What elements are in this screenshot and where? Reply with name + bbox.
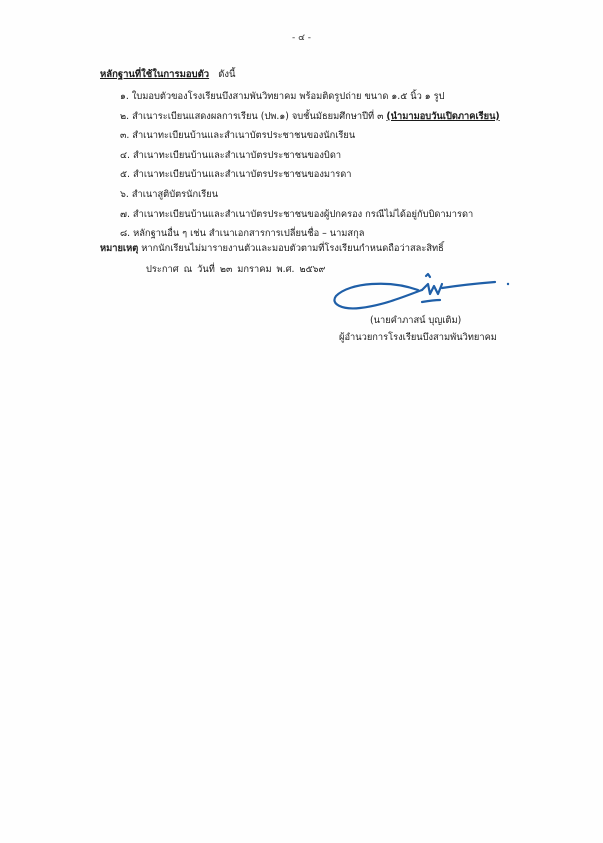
- remark-label: หมายเหตุ: [100, 243, 138, 254]
- section-title-text: หลักฐานที่ใช้ในการมอบตัว: [100, 69, 209, 80]
- list-item: ๗. สำเนาทะเบียนบ้านและสำเนาบัตรประชาชนขอ…: [120, 205, 500, 225]
- remark-text: หากนักเรียนไม่มารายงานตัวและมอบตัวตามที่…: [138, 243, 444, 254]
- evidence-list: ๑. ใบมอบตัวของโรงเรียนบึงสามพันวิทยาคม พ…: [120, 87, 500, 244]
- announcement-date: ประกาศ ณ วันที่ ๒๓ มกราคม พ.ศ. ๒๕๖๙: [146, 262, 325, 277]
- list-item: ๕. สำเนาทะเบียนบ้านและสำเนาบัตรประชาชนขอ…: [120, 165, 500, 185]
- list-item: ๑. ใบมอบตัวของโรงเรียนบึงสามพันวิทยาคม พ…: [120, 87, 500, 107]
- list-item: ๖. สำเนาสูติบัตรนักเรียน: [120, 185, 500, 205]
- emphasis-note: (นำมามอบวันเปิดภาคเรียน): [386, 111, 499, 122]
- section-title-suffix: ดังนี้: [218, 69, 235, 80]
- signatory-position: ผู้อำนวยการโรงเรียนบึงสามพันวิทยาคม: [339, 330, 497, 345]
- remark: หมายเหตุ หากนักเรียนไม่มารายงานตัวและมอบ…: [100, 241, 444, 256]
- section-title: หลักฐานที่ใช้ในการมอบตัว ดังนี้: [100, 67, 236, 82]
- list-item: ๓. สำเนาทะเบียนบ้านและสำเนาบัตรประชาชนขอ…: [120, 126, 500, 146]
- list-item: ๒. สำเนาระเบียนแสดงผลการเรียน (ปพ.๑) จบช…: [120, 107, 500, 127]
- signature-icon: [330, 272, 520, 314]
- signatory-name: (นายคำภาสน์ บุญเติม): [370, 313, 461, 328]
- page-number: - ๔ -: [0, 30, 603, 44]
- list-item: ๔. สำเนาทะเบียนบ้านและสำเนาบัตรประชาชนขอ…: [120, 146, 500, 166]
- document-page: - ๔ - หลักฐานที่ใช้ในการมอบตัว ดังนี้ ๑.…: [0, 0, 603, 843]
